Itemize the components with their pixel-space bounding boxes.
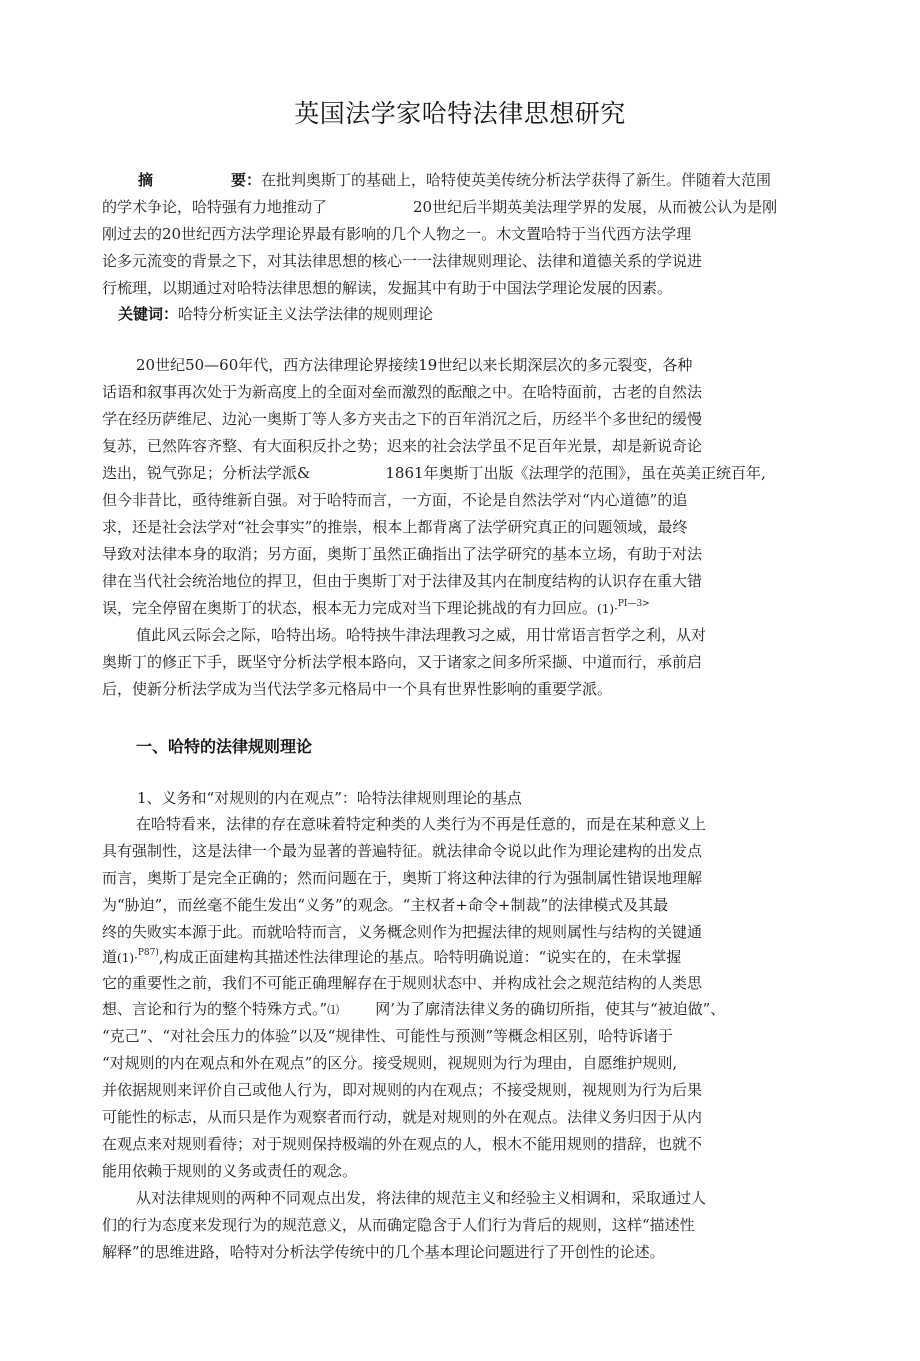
paragraph-line: 但今非昔比，亟待维新自强。对于哈特而言，一方面，不论是自然法学对“内心道德”的追	[102, 490, 687, 510]
paragraph-text: ,构成正面建构其描述性法律理论的基点。哈特明确说道：“说实在的，在未掌握	[159, 948, 681, 966]
keywords-line: 关键词：哈特分析实证主义法学法律的规则理论	[118, 304, 433, 324]
paragraph-line: 它的重要性之前，我们不可能正确理解存在于规则状态中、并构成社会之规范结构的人类思	[102, 973, 702, 993]
citation-superscript: PI—3>	[618, 599, 650, 609]
paragraph-line: 学在经历萨维尼、边沁一奥斯丁等人多方夹击之下的百年消沉之后，历经半个多世纪的缓慢	[102, 409, 702, 429]
subsection-heading: 1、义务和“对规则的内在观点”：哈特法律规则理论的基点	[137, 788, 522, 808]
abstract-line: 论多元流变的背景之下，对其法律思想的核心一一法律规则理论、法律和道德关系的学说进	[102, 251, 702, 271]
citation: (1)·	[117, 951, 138, 965]
paragraph-line: 可能性的标志，从而只是作为观察者而行动，就是对规则的外在观点。法律义务归因于从内	[102, 1107, 702, 1127]
paragraph-line: 能用依赖于规则的义务或责任的观念。	[102, 1161, 357, 1181]
abstract-label: 要：	[231, 171, 261, 189]
document-title: 英国法学家哈特法律思想研究	[0, 94, 920, 130]
paragraph-line: “克己”、“对社会压力的体验”以及“规律性、可能性与预测”等概念相区别，哈特诉诸…	[102, 1026, 673, 1046]
paragraph-text: 误，完全停留在奥斯丁的状态，根本无力完成对当下理论挑战的有力回应。	[102, 599, 597, 617]
paragraph-line: 律在当代社会统治地位的捍卫，但由于奥斯丁对于法律及其内在制度结构的认识存在重大错	[102, 571, 702, 591]
keywords-label: 关键词：	[118, 305, 178, 323]
paragraph-line: 为“胁迫”，而丝毫不能生发出“义务”的观念。“主权者+命令+制裁”的法律模式及其…	[102, 895, 668, 915]
paragraph-line: 具有强制性，这是法律一个最为显著的普遍特征。就法律命令说以此作为理论建构的出发点	[102, 841, 702, 861]
document-page: 英国法学家哈特法律思想研究 摘要：在批判奥斯丁的基础上，哈特使英美传统分析法学获…	[0, 0, 920, 1361]
paragraph-line: 在哈特看来，法律的存在意味着特定种类的人类行为不再是任意的，而是在某种意义上	[136, 814, 706, 834]
section-heading: 一、哈特的法律规则理论	[136, 734, 312, 757]
paragraph-line: 复苏，已然阵容齐整、有大面积反扑之势；迟来的社会法学虽不足百年光景，却是新说奇论	[102, 436, 702, 456]
abstract-line: 摘要：在批判奥斯丁的基础上，哈特使英美传统分析法学获得了新生。伴随着大范围	[138, 170, 771, 190]
paragraph-text: 道	[102, 948, 117, 966]
abstract-text: 在批判奥斯丁的基础上，哈特使英美传统分析法学获得了新生。伴随着大范围	[261, 171, 771, 189]
paragraph-text: 迭出，锐气弥足；分析法学派&	[102, 464, 310, 482]
paragraph-line: 在观点来对规则看待；对于规则保持极端的外在观点的人，根木不能用规则的措辞，也就不	[102, 1134, 702, 1154]
abstract-line: 行梳理，以期通过对哈特法律思想的解读，发掘其中有助于中国法学理论发展的因素。	[102, 278, 672, 298]
paragraph-line: 误，完全停留在奥斯丁的状态，根本无力完成对当下理论挑战的有力回应。(1)·PI—…	[102, 598, 650, 619]
paragraph-line: “对规则的内在观点和外在观点”的区分。接受规则，视规则为行为理由，自愿维护规则,	[102, 1053, 677, 1073]
paragraph-line: 20世纪50—60年代，西方法律理论界接续19世纪以来长期深层次的多元裂变，各种	[136, 355, 692, 375]
keywords-value: 哈特分析实证主义法学法律的规则理论	[178, 305, 433, 323]
paragraph-line: 终的失败实本源于此。而就哈特而言，义务概念则作为把握法律的规则属性与结构的关键通	[102, 922, 702, 942]
paragraph-line: 解释”的思维进路，哈特对分析法学传统中的几个基本理论问题进行了开创性的论述。	[102, 1242, 665, 1262]
paragraph-line: 导致对法律本身的取消；另方面，奥斯丁虽然正确指出了法学研究的基本立场，有助于对法	[102, 544, 702, 564]
paragraph-line: 迭出，锐气弥足；分析法学派&1861年奥斯丁出版《法理学的范围》，虽在英美正统百…	[102, 463, 766, 483]
abstract-line: 的学术争论，哈特强有力地推动了20世纪后半期英美法理学界的发展，从而被公认为是刚	[102, 197, 777, 217]
abstract-label: 摘	[138, 171, 153, 189]
paragraph-line: 从对法律规则的两种不同观点出发，将法律的规范主义和经验主义相调和，采取通过人	[136, 1188, 706, 1208]
paragraph-line: 们的行为态度来发现行为的规范意义，从而确定隐含于人们行为背后的规则，这样“描述性	[102, 1215, 695, 1235]
citation: (1)·	[597, 602, 618, 616]
paragraph-line: 并依据规则来评价自己或他人行为，即对规则的内在观点；不接受规则，视规则为行为后果	[102, 1080, 702, 1100]
paragraph-line: 后，使新分析法学成为当代法学多元格局中一个具有世界性影响的重要学派。	[102, 679, 612, 699]
paragraph-text: 1861年奥斯丁出版《法理学的范围》，虽在英美正统百年,	[385, 464, 765, 482]
paragraph-line: 而言，奥斯丁是完全正确的；然而问题在于，奥斯丁将这种法律的行为强制属性错误地理解	[102, 868, 702, 888]
paragraph-line: 想、言论和行为的整个特殊方式。”⑴网’为了廓清法律义务的确切所指，使其与“被迫做…	[102, 999, 725, 1020]
citation: ⑴	[327, 1003, 339, 1017]
abstract-text: 的学术争论，哈特强有力地推动了	[102, 198, 327, 216]
abstract-text: 20世纪后半期英美法理学界的发展，从而被公认为是刚	[413, 198, 777, 216]
paragraph-line: 求，还是社会法学对“社会事实”的推崇，根本上都背离了法学研究真正的问题领域，最终	[102, 517, 687, 537]
abstract-line: 刚过去的20世纪西方法学理论界最有影响的几个人物之一。木文置哈特于当代西方法学理	[102, 224, 691, 244]
paragraph-text: 网’为了廓清法律义务的确切所指，使其与“被迫做”、	[375, 1000, 725, 1018]
paragraph-line: 道(1)·P87),构成正面建构其描述性法律理论的基点。哈特明确说道：“说实在的…	[102, 947, 681, 968]
paragraph-line: 值此风云际会之际，哈特出场。哈特挟牛津法理教习之威，用廿常语言哲学之利，从对	[136, 625, 706, 645]
paragraph-text: 想、言论和行为的整个特殊方式。”	[102, 1000, 327, 1018]
paragraph-line: 话语和叙事再次处于为新高度上的全面对垒而激烈的酝酿之中。在哈特面前，古老的自然法	[102, 382, 702, 402]
citation-superscript: P87)	[138, 948, 159, 958]
paragraph-line: 奥斯丁的修正下手，既坚守分析法学根本路向，又于诸家之间多所采撷、中道而行，承前启	[102, 652, 702, 672]
